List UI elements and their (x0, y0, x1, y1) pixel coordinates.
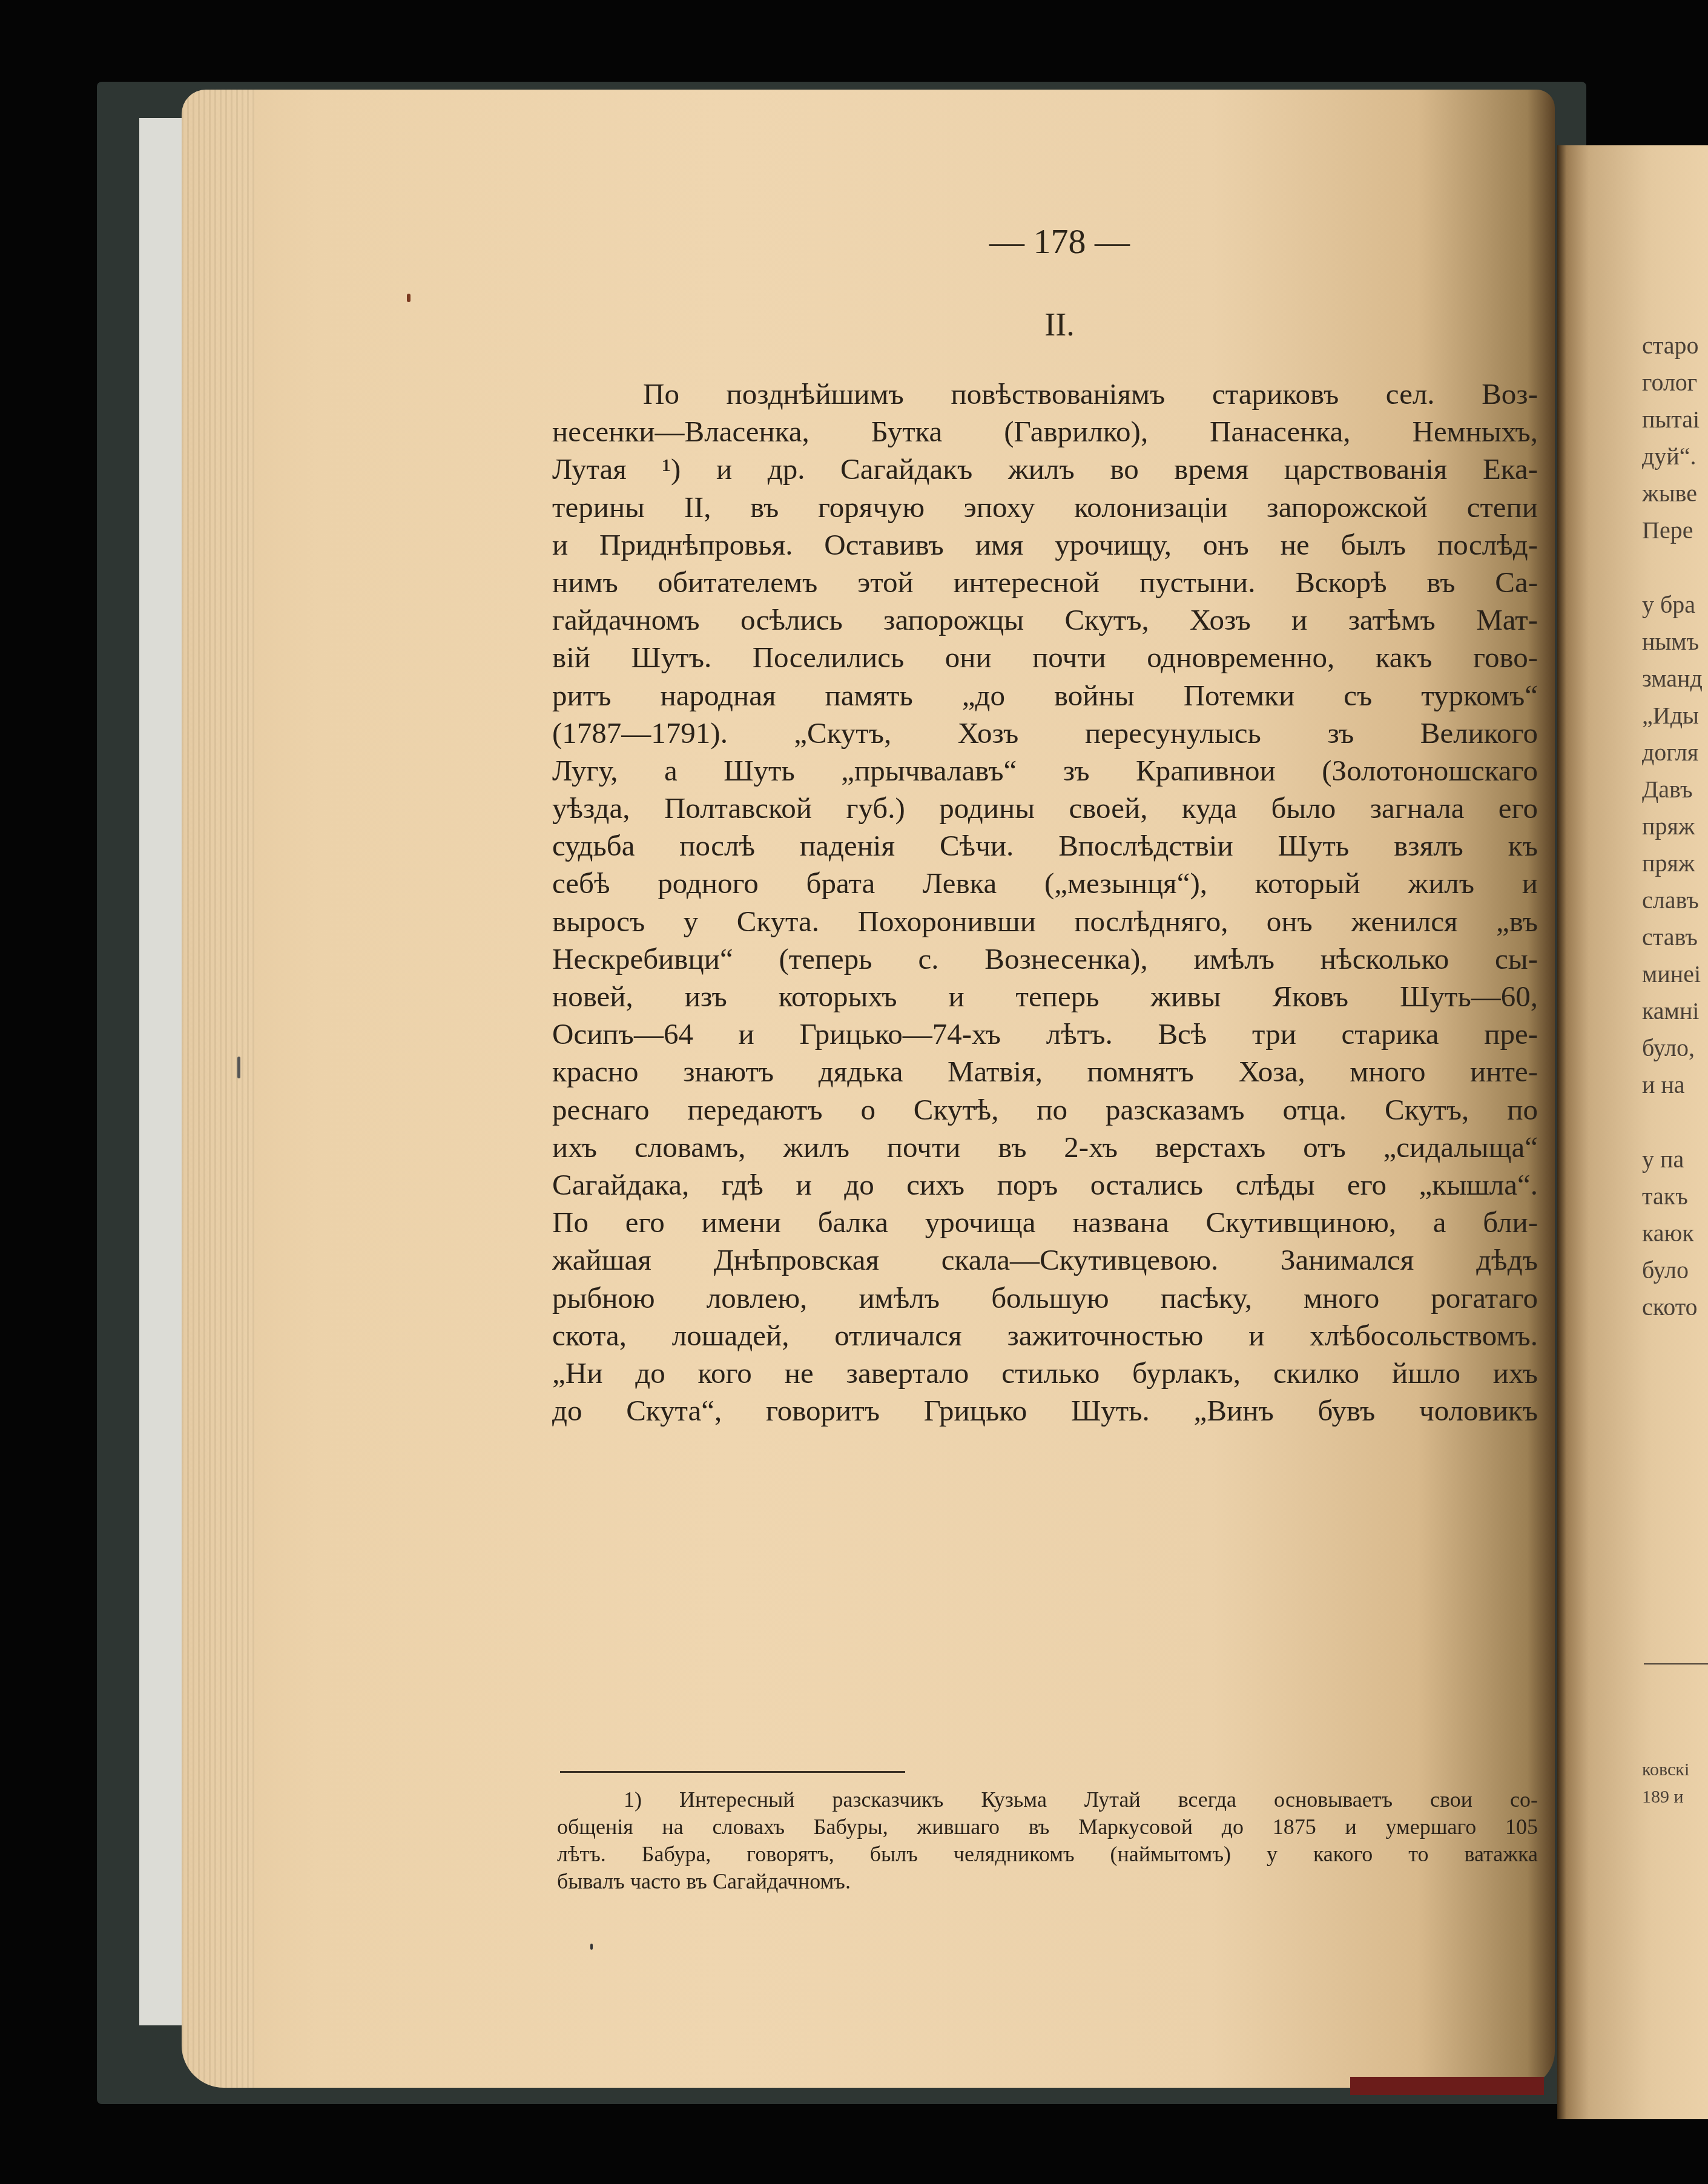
right-fragment: ското (1642, 1288, 1708, 1325)
text-line: реснаго передаютъ о Скутѣ, по разсказамъ… (552, 1091, 1538, 1129)
page-stack-edges (182, 90, 254, 2088)
right-fragment: каюк (1642, 1215, 1708, 1252)
text-line: жайшая Днѣпровская скала—Скутивцевою. За… (552, 1241, 1538, 1279)
right-fragment: минеі (1642, 955, 1708, 992)
right-footnote-line: 189 и (1642, 1783, 1708, 1810)
text-line: По позднѣйшимъ повѣствованіямъ стариковъ… (552, 375, 1538, 413)
text-line: Сагайдака, гдѣ и до сихъ поръ остались с… (552, 1166, 1538, 1204)
footnote-rule (560, 1771, 905, 1773)
right-fragment: жыве (1642, 475, 1708, 512)
footnote-line: лѣтъ. Бабура, говорятъ, былъ челядникомъ… (557, 1841, 1538, 1868)
section-heading: II. (957, 306, 1162, 343)
right-fragment: камні (1642, 992, 1708, 1029)
right-fragment: у па (1642, 1141, 1708, 1178)
text-line: несенки—Власенка, Бутка (Гаврилко), Пана… (552, 413, 1538, 450)
right-fragment: Пере (1642, 512, 1708, 549)
right-fragment: було (1642, 1252, 1708, 1288)
footnote-line: 1) Интересный разсказчикъ Кузьма Лутай в… (557, 1786, 1538, 1813)
text-line: терины II, въ горячую эпоху колонизаціи … (552, 489, 1538, 526)
text-line: (1787—1791). „Скутъ, Хозъ пересунулысь з… (552, 714, 1538, 752)
right-fragment: Давъ (1642, 771, 1708, 808)
text-line: Осипъ—64 и Грицько—74-хъ лѣтъ. Всѣ три с… (552, 1015, 1538, 1053)
paper-speck (407, 294, 411, 302)
text-line: вій Шутъ. Поселились они почти одновреме… (552, 639, 1538, 676)
text-line: новей, изъ которыхъ и теперь живы Яковъ … (552, 978, 1538, 1015)
text-line: выросъ у Скута. Похоронивши послѣдняго, … (552, 903, 1538, 940)
text-line: до Скута“, говоритъ Грицько Шуть. „Винъ … (552, 1392, 1538, 1430)
paper-speck (590, 1944, 593, 1950)
text-line: и Приднѣпровья. Оставивъ имя урочищу, он… (552, 526, 1538, 564)
text-line: Нескребивци“ (теперь с. Вознесенка), имѣ… (552, 940, 1538, 978)
text-line: Лугу, а Шуть „прычвалавъ“ зъ Крапивнои (… (552, 752, 1538, 790)
right-fragment: було, (1642, 1029, 1708, 1066)
right-fragment: нымъ (1642, 623, 1708, 660)
right-fragment: славъ (1642, 882, 1708, 919)
body-text: По позднѣйшимъ повѣствованіямъ стариковъ… (552, 375, 1538, 1430)
right-footnote: ковскі 189 и (1642, 1756, 1708, 1810)
page-number: — 178 — (957, 221, 1162, 262)
footnote: 1) Интересный разсказчикъ Кузьма Лутай в… (557, 1786, 1538, 1895)
right-fragment: „Иды (1642, 697, 1708, 734)
right-fragment: у бра (1642, 586, 1708, 623)
right-fragment: старо (1642, 327, 1708, 364)
footnote-line: бывалъ часто въ Сагайдачномъ. (557, 1868, 1538, 1895)
right-fragment: пряж (1642, 845, 1708, 882)
right-footnote-line: ковскі (1642, 1756, 1708, 1783)
right-fragment: и на (1642, 1066, 1708, 1103)
spine-headband (1350, 2077, 1544, 2095)
text-line: „Ни до кого не завертало стилько бурлакъ… (552, 1354, 1538, 1392)
right-fragment: пряж (1642, 808, 1708, 845)
text-line: ритъ народная память „до войны Потемки с… (552, 677, 1538, 714)
text-line: гайдачномъ осѣлись запорожцы Скутъ, Хозъ… (552, 601, 1538, 639)
right-fragment: пытаі (1642, 401, 1708, 438)
text-line: судьба послѣ паденія Сѣчи. Впослѣдствіи … (552, 827, 1538, 865)
text-line: скота, лошадей, отличался зажиточностью … (552, 1317, 1538, 1354)
footnote-line: общенія на словахъ Бабуры, жившаго въ Ма… (557, 1813, 1538, 1841)
right-fragment: ставъ (1642, 919, 1708, 955)
right-fragment: такъ (1642, 1178, 1708, 1215)
text-line: красно знаютъ дядька Матвія, помнятъ Хоз… (552, 1053, 1538, 1090)
text-line: нимъ обитателемъ этой интересной пустыни… (552, 564, 1538, 601)
right-fragment: дуй“. (1642, 438, 1708, 475)
text-line: ихъ словамъ, жилъ почти въ 2-хъ верстахъ… (552, 1129, 1538, 1166)
right-page-text: старо голог пытаі дуй“. жыве Пере у бра … (1642, 327, 1708, 1325)
paper-speck (237, 1057, 240, 1078)
text-line: уѣзда, Полтавской губ.) родины своей, ку… (552, 790, 1538, 827)
text-line: рыбною ловлею, имѣлъ большую пасѣку, мно… (552, 1279, 1538, 1317)
text-line: Лутая ¹) и др. Сагайдакъ жилъ во время ц… (552, 450, 1538, 488)
right-fragment: догля (1642, 734, 1708, 771)
right-footnote-rule (1644, 1663, 1708, 1664)
text-line: себѣ родного брата Левка („мезынця“), ко… (552, 865, 1538, 902)
right-fragment: зманд (1642, 660, 1708, 697)
right-fragment: голог (1642, 364, 1708, 401)
text-line: По его имени балка урочища названа Скути… (552, 1204, 1538, 1241)
